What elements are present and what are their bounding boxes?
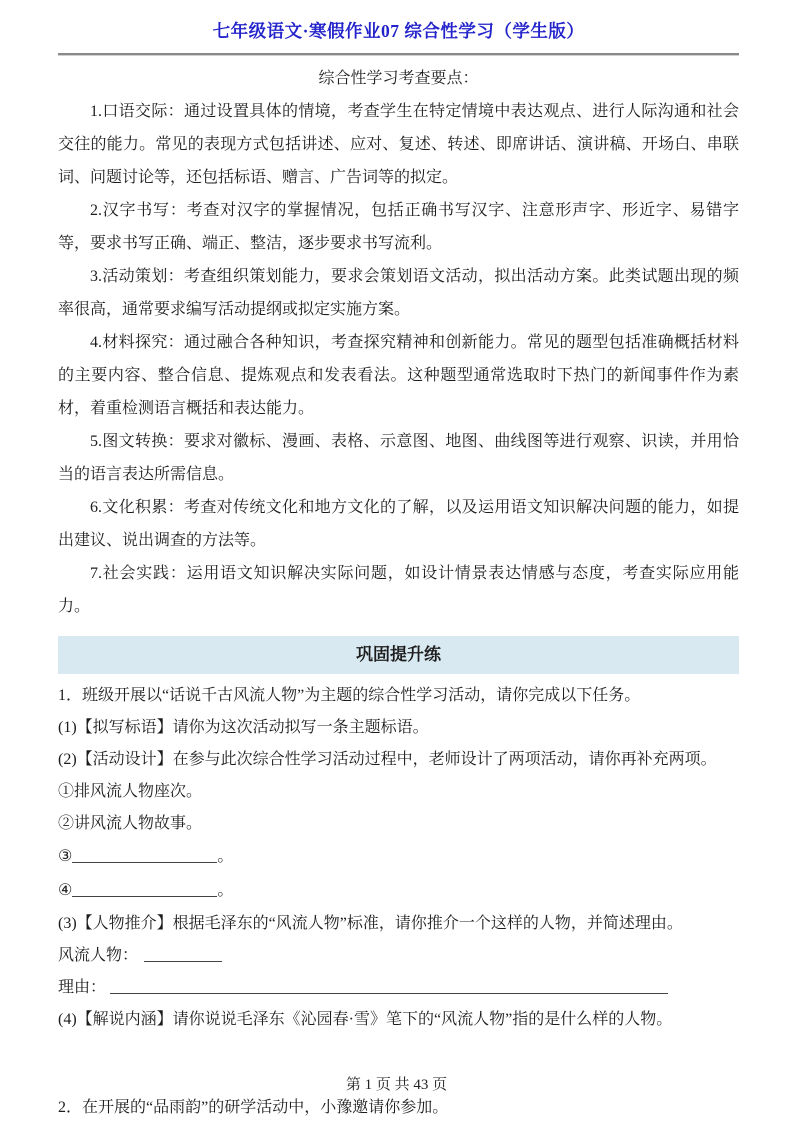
header-divider bbox=[58, 53, 739, 56]
sub3-answer-blank bbox=[72, 847, 217, 863]
sub4-period: 。 bbox=[217, 882, 233, 899]
key-point-paragraph: 3.活动策划：考查组织策划能力，要求会策划语文活动，拟出活动方案。此类试题出现的… bbox=[58, 260, 739, 326]
question-1-sub1: ①排风流人物座次。 bbox=[58, 776, 739, 808]
sub3-number: ③ bbox=[58, 848, 72, 865]
key-point-paragraph: 1.口语交际：通过设置具体的情境，考查学生在特定情境中表达观点、进行人际沟通和社… bbox=[58, 95, 739, 194]
sub4-number: ④ bbox=[58, 882, 72, 899]
question-2-intro: 2．在开展的“品雨韵”的研学活动中，小豫邀请你参加。 bbox=[58, 1092, 739, 1122]
document-title: 七年级语文·寒假作业07 综合性学习（学生版） bbox=[58, 18, 739, 44]
person-answer-blank bbox=[144, 946, 222, 962]
key-points-heading: 综合性学习考查要点： bbox=[58, 62, 739, 95]
person-answer-line: 风流人物： bbox=[58, 940, 739, 972]
reason-label: 理由： bbox=[58, 979, 106, 996]
question-1-part2: (2)【活动设计】在参与此次综合性学习活动过程中，老师设计了两项活动，请你再补充… bbox=[58, 744, 739, 776]
key-point-paragraph: 5.图文转换：要求对徽标、漫画、表格、示意图、地图、曲线图等进行观察、识读，并用… bbox=[58, 425, 739, 491]
key-point-paragraph: 6.文化积累：考查对传统文化和地方文化的了解，以及运用语文知识解决问题的能力，如… bbox=[58, 491, 739, 557]
person-label: 风流人物： bbox=[58, 947, 138, 964]
sub4-answer-blank bbox=[72, 881, 217, 897]
document-page: 七年级语文·寒假作业07 综合性学习（学生版） 综合性学习考查要点： 1.口语交… bbox=[0, 0, 793, 1122]
question-1-part1: (1)【拟写标语】请你为这次活动拟写一条主题标语。 bbox=[58, 712, 739, 744]
reason-answer-blank bbox=[110, 978, 668, 994]
reason-answer-line: 理由： bbox=[58, 972, 739, 1004]
question-1-part3: (3)【人物推介】根据毛泽东的“风流人物”标准，请你推介一个这样的人物，并简述理… bbox=[58, 908, 739, 940]
question-1-sub4: ④。 bbox=[58, 874, 739, 908]
section-banner: 巩固提升练 bbox=[58, 636, 739, 674]
key-point-paragraph: 4.材料探究：通过融合各种知识，考查探究精神和创新能力。常见的题型包括准确概括材… bbox=[58, 326, 739, 425]
question-1-part4: (4)【解说内涵】请你说说毛泽东《沁园春·雪》笔下的“风流人物”指的是什么样的人… bbox=[58, 1004, 739, 1036]
sub3-period: 。 bbox=[217, 848, 233, 865]
question-1-sub2: ②讲风流人物故事。 bbox=[58, 808, 739, 840]
key-point-paragraph: 2.汉字书写：考查对汉字的掌握情况，包括正确书写汉字、注意形声字、形近字、易错字… bbox=[58, 194, 739, 260]
key-point-paragraph: 7.社会实践：运用语文知识解决实际问题，如设计情景表达情感与态度，考查实际应用能… bbox=[58, 557, 739, 623]
question-1-intro: 1．班级开展以“话说千古风流人物”为主题的综合性学习活动，请你完成以下任务。 bbox=[58, 680, 739, 712]
question-1-sub3: ③。 bbox=[58, 840, 739, 874]
page-number-footer: 第 1 页 共 43 页 bbox=[0, 1073, 793, 1094]
